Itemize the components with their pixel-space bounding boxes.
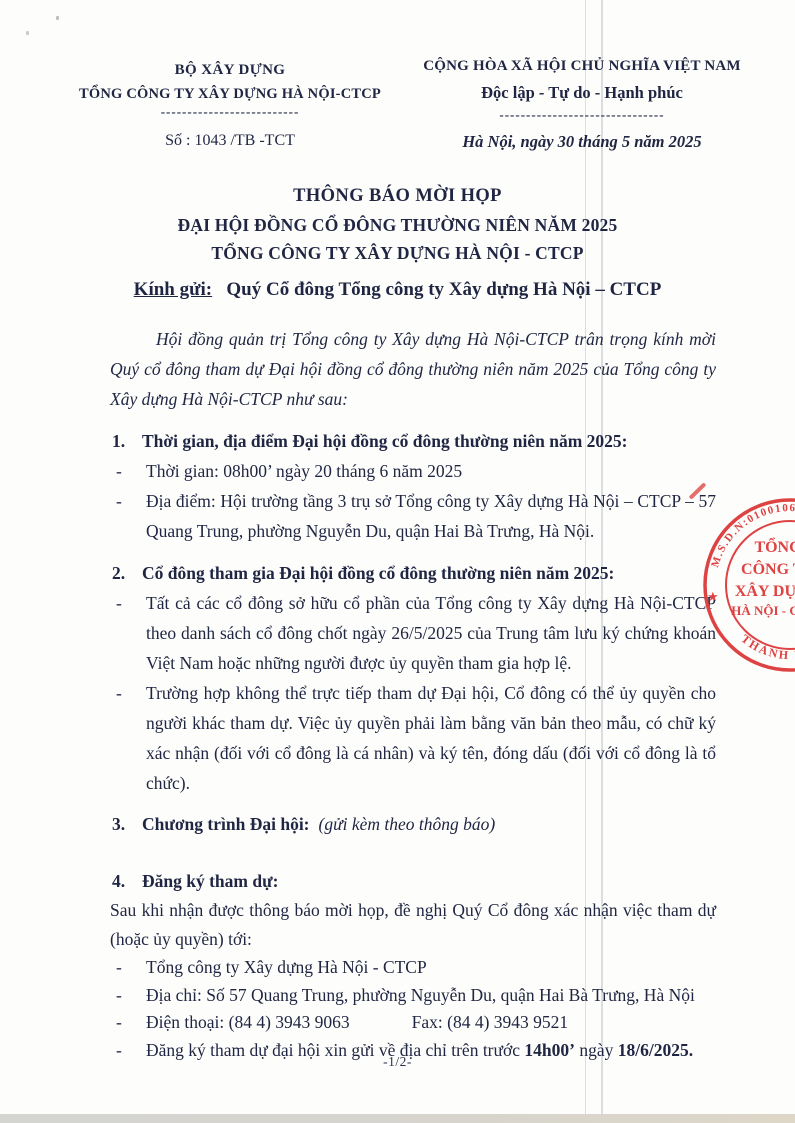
list-item-text: Thời gian: 08h00’ ngày 20 tháng 6 năm 20… xyxy=(146,456,716,486)
section-number: 2. xyxy=(110,558,142,588)
registration-paragraph: Sau khi nhận được thông báo mời họp, đề … xyxy=(110,896,716,954)
list-item: - Địa điểm: Hội trường tầng 3 trụ sở Tổn… xyxy=(110,486,716,546)
section-1-time-venue: 1. Thời gian, địa điểm Đại hội đồng cổ đ… xyxy=(110,426,716,546)
header-issuer-block: BỘ XÂY DỰNG TỔNG CÔNG TY XÂY DỰNG HÀ NỘI… xyxy=(78,62,382,150)
document-title: THÔNG BÁO MỜI HỌP ĐẠI HỘI ĐỒNG CỔ ĐÔNG T… xyxy=(0,186,795,264)
title-line-2: ĐẠI HỘI ĐỒNG CỔ ĐÔNG THƯỜNG NIÊN NĂM 202… xyxy=(0,215,795,236)
section-heading: 3. Chương trình Đại hội: (gửi kèm theo t… xyxy=(110,809,716,839)
scan-speck xyxy=(56,16,59,20)
list-item-text: Tất cả các cổ đông sở hữu cổ phần của Tổ… xyxy=(146,588,716,678)
section-heading: 1. Thời gian, địa điểm Đại hội đồng cổ đ… xyxy=(110,426,716,456)
national-title: CỘNG HÒA XÃ HỘI CHỦ NGHĨA VIỆT NAM xyxy=(410,58,754,75)
seal-center-text: HÀ NỘI - CTCP xyxy=(731,603,795,618)
list-dash: - xyxy=(110,982,146,1010)
list-dash: - xyxy=(110,486,146,546)
salutation-label: Kính gửi: xyxy=(134,279,212,300)
star-icon: ★ xyxy=(707,590,719,605)
salutation-recipient: Quý Cổ đông Tổng công ty Xây dựng Hà Nội… xyxy=(226,279,661,300)
list-item-text: Tổng công ty Xây dựng Hà Nội - CTCP xyxy=(146,954,716,982)
ministry-name: BỘ XÂY DỰNG xyxy=(78,62,382,79)
fax-number: Fax: (84 4) 3943 9521 xyxy=(412,1009,569,1037)
title-line-3: TỔNG CÔNG TY XÂY DỰNG HÀ NỘI - CTCP xyxy=(0,243,795,264)
divider-dashes: ------------------------------- xyxy=(410,107,754,123)
salutation-line: Kính gửi: Quý Cổ đông Tổng công ty Xây d… xyxy=(0,279,795,301)
section-4-registration: 4. Đăng ký tham dự: Sau khi nhận được th… xyxy=(110,866,716,1064)
phone-number: Điện thoại: (84 4) 3943 9063 xyxy=(146,1009,350,1037)
scan-speck xyxy=(26,31,29,35)
list-item: - Tổng công ty Xây dựng Hà Nội - CTCP xyxy=(110,954,716,982)
scanned-document-page: BỘ XÂY DỰNG TỔNG CÔNG TY XÂY DỰNG HÀ NỘI… xyxy=(0,0,795,1123)
section-3-agenda: 3. Chương trình Đại hội: (gửi kèm theo t… xyxy=(110,809,716,839)
list-item-text: Địa chỉ: Số 57 Quang Trung, phường Nguyễ… xyxy=(146,982,716,1010)
header-national-block: CỘNG HÒA XÃ HỘI CHỦ NGHĨA VIỆT NAM Độc l… xyxy=(410,58,754,152)
list-dash: - xyxy=(110,456,146,486)
section-heading: 4. Đăng ký tham dự: xyxy=(110,866,716,896)
list-item-phone-fax: - Điện thoại: (84 4) 3943 9063 Fax: (84 … xyxy=(110,1009,716,1037)
title-line-1: THÔNG BÁO MỜI HỌP xyxy=(0,186,795,207)
company-name: TỔNG CÔNG TY XÂY DỰNG HÀ NỘI-CTCP xyxy=(78,86,382,103)
list-item: - Tất cả các cổ đông sở hữu cổ phần của … xyxy=(110,588,716,678)
national-motto: Độc lập - Tự do - Hạnh phúc xyxy=(410,83,754,103)
seal-center-text: CÔNG TY xyxy=(741,559,795,578)
list-dash: - xyxy=(110,1009,146,1037)
footer-page-number: -1/2- xyxy=(0,1054,795,1070)
divider-dashes: -------------------------- xyxy=(78,104,382,120)
seal-center-text: TỔNG xyxy=(754,536,795,556)
document-body: Hội đồng quản trị Tổng công ty Xây dựng … xyxy=(110,324,716,1064)
scan-edge-shadow xyxy=(0,1114,795,1123)
list-item: - Thời gian: 08h00’ ngày 20 tháng 6 năm … xyxy=(110,456,716,486)
place-and-date: Hà Nội, ngày 30 tháng 5 năm 2025 xyxy=(410,132,754,152)
intro-paragraph: Hội đồng quản trị Tổng công ty Xây dựng … xyxy=(110,324,716,414)
list-item-text: Địa điểm: Hội trường tầng 3 trụ sở Tổng … xyxy=(146,486,716,546)
section-heading: 2. Cổ đông tham gia Đại hội đồng cổ đông… xyxy=(110,558,716,588)
section-heading-text: Cổ đông tham gia Đại hội đồng cổ đông th… xyxy=(142,558,614,588)
company-seal-stamp: M.S.D.N:010010633 THÀNH PHỐ ★ TỔNG CÔNG … xyxy=(700,495,795,685)
list-dash: - xyxy=(110,588,146,678)
section-number: 4. xyxy=(110,866,142,896)
section-heading-note: (gửi kèm theo thông báo) xyxy=(319,809,496,839)
section-heading-text: Đăng ký tham dự: xyxy=(142,866,278,896)
list-item: - Trường hợp không thể trực tiếp tham dự… xyxy=(110,678,716,798)
section-heading-text: Thời gian, địa điểm Đại hội đồng cổ đông… xyxy=(142,426,627,456)
list-item-text: Trường hợp không thể trực tiếp tham dự Đ… xyxy=(146,678,716,798)
section-number: 1. xyxy=(110,426,142,456)
seal-center-text: XÂY DỰNG xyxy=(735,581,795,600)
section-number: 3. xyxy=(110,809,142,839)
list-dash: - xyxy=(110,678,146,798)
section-heading-text: Chương trình Đại hội: xyxy=(142,809,310,839)
document-number: Số : 1043 /TB -TCT xyxy=(78,132,382,150)
section-2-shareholders: 2. Cổ đông tham gia Đại hội đồng cổ đông… xyxy=(110,558,716,798)
list-dash: - xyxy=(110,954,146,982)
list-item: - Địa chỉ: Số 57 Quang Trung, phường Ngu… xyxy=(110,982,716,1010)
